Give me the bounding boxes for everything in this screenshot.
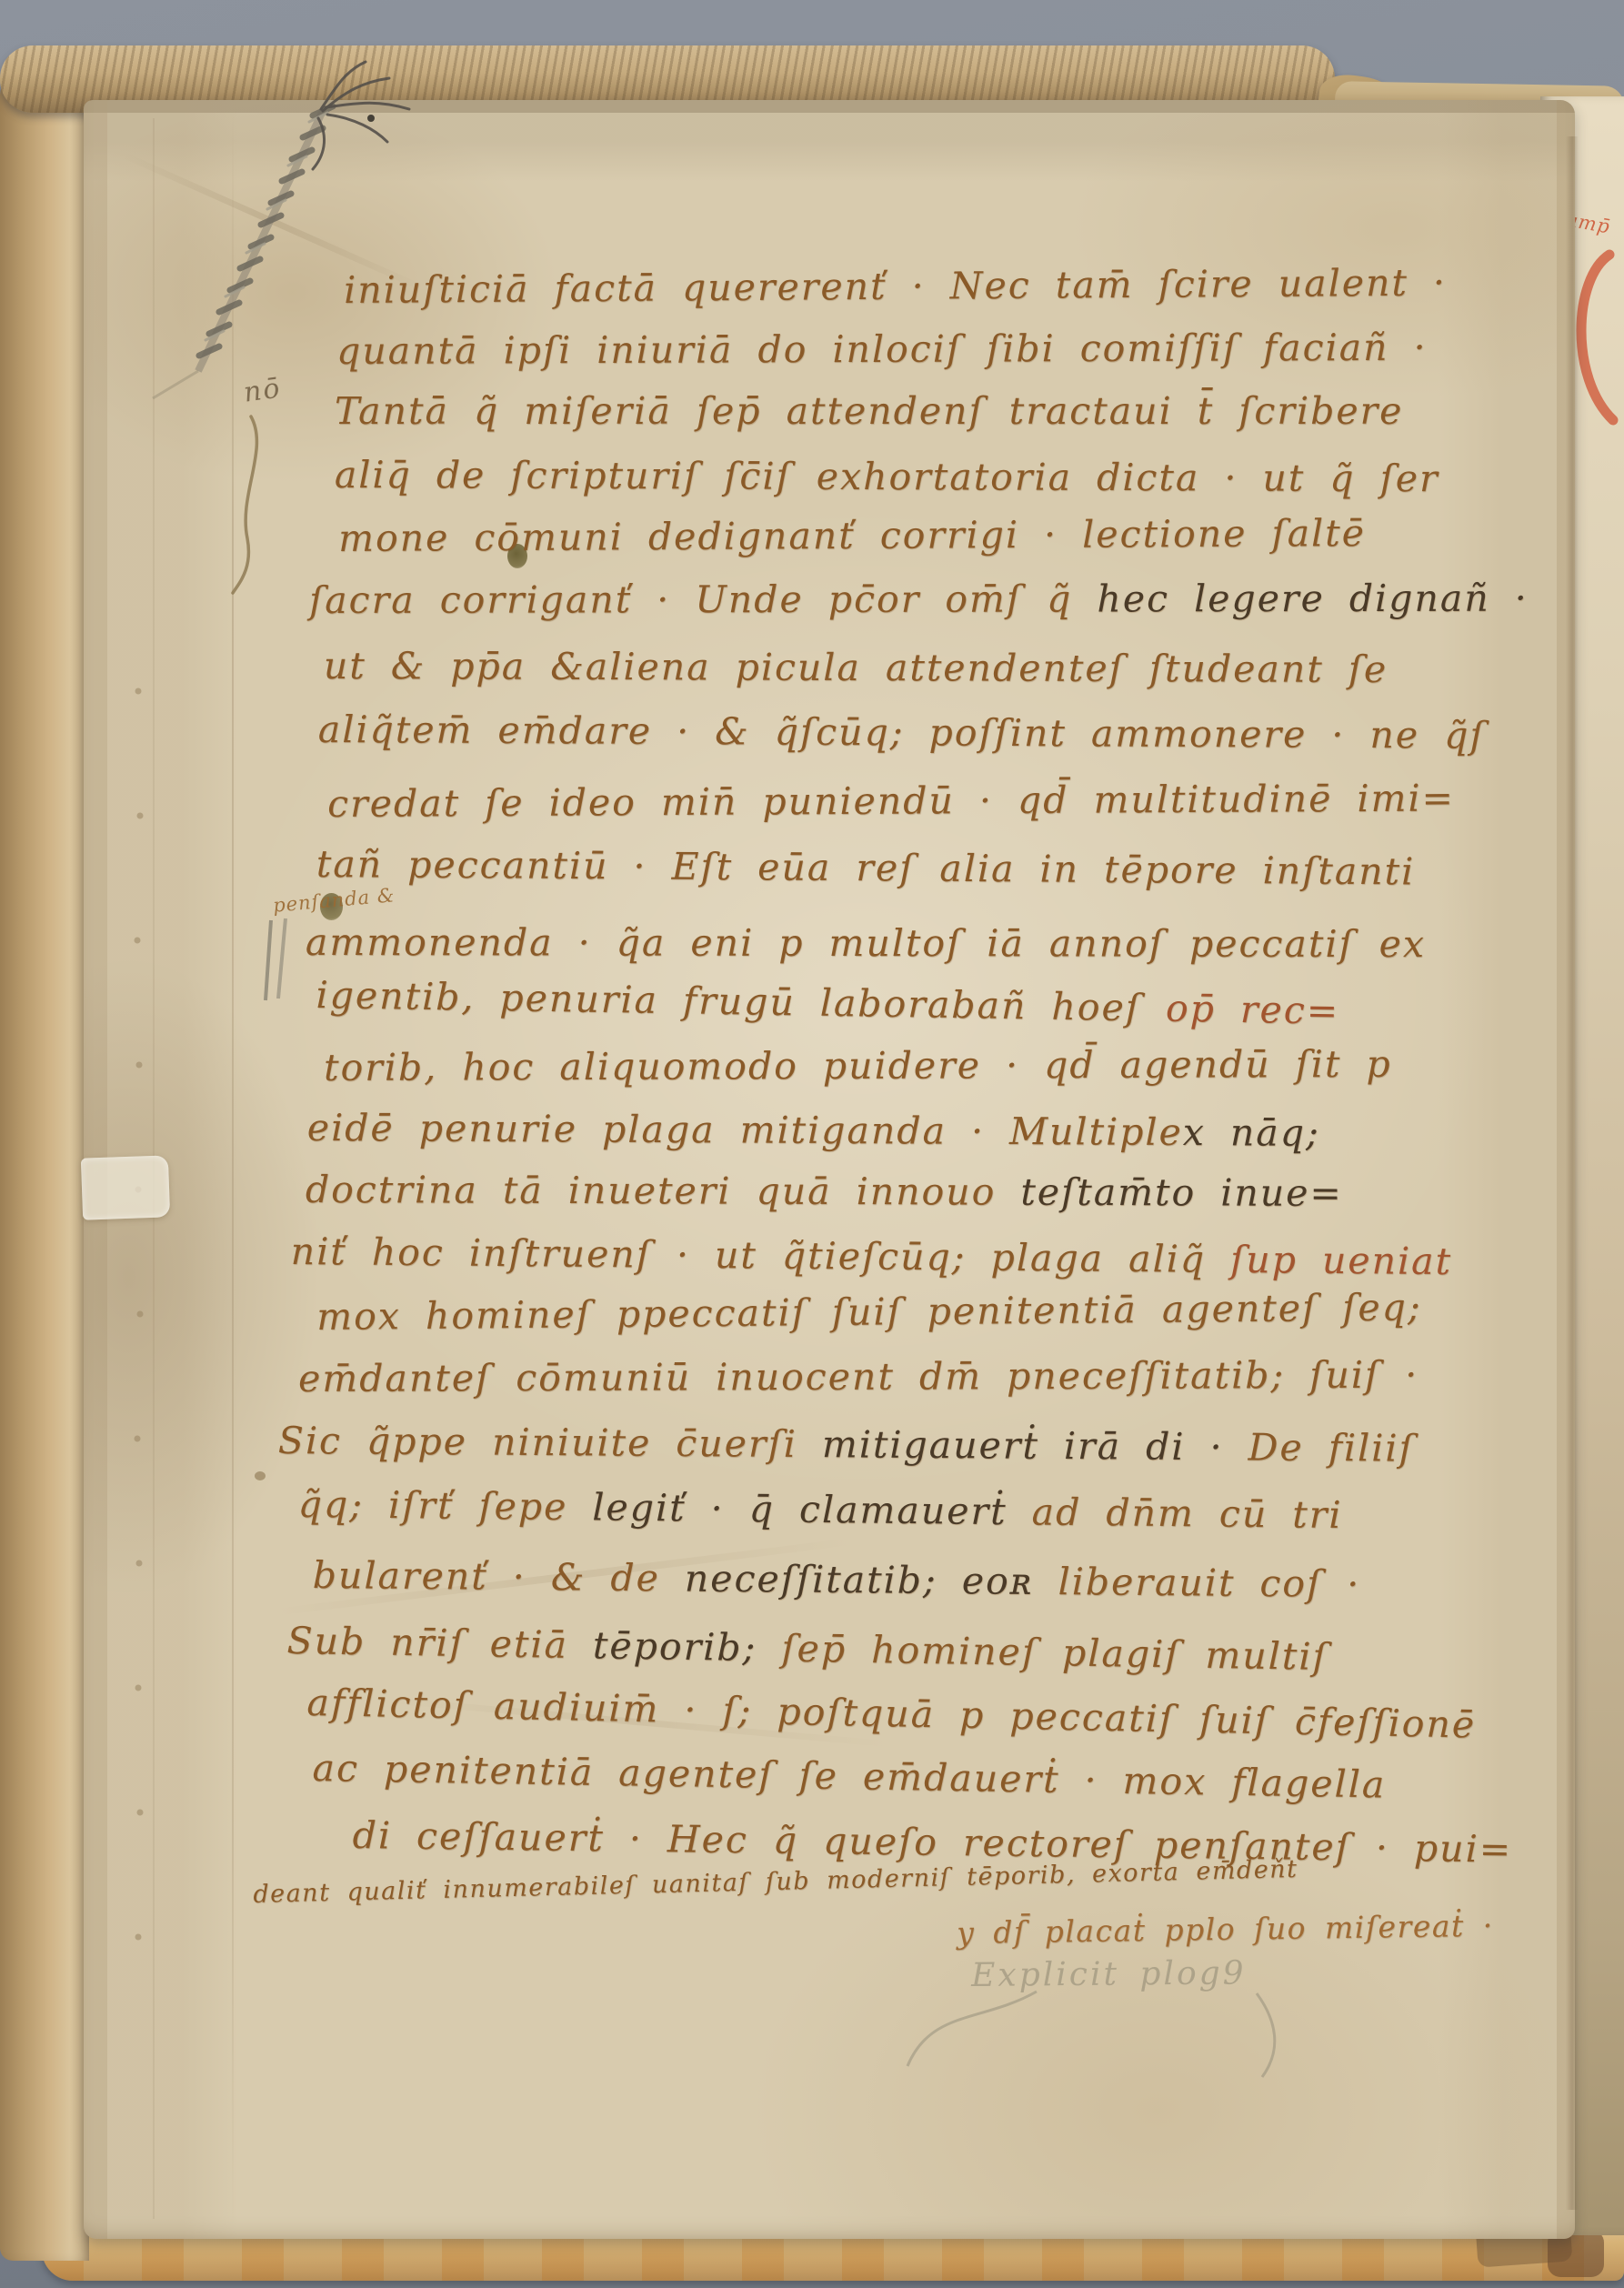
manuscript-line-24: ac penitentiā agenteſ ſe em̄dauerṫ · mox… bbox=[312, 1746, 1386, 1807]
line-segment: Explicit plog9 bbox=[971, 1954, 1247, 1994]
manuscript-line-08: aliq̃tem̄ em̄dare · & q̃ſcūq; poſſint am… bbox=[318, 707, 1486, 758]
line-segment: ad dn̄m cū tri bbox=[1007, 1490, 1342, 1537]
line-segment: ſup ueniat bbox=[1230, 1238, 1452, 1283]
line-segment: Tantā q̃ miſeriā ſep̄ attendenſ tractaui… bbox=[335, 389, 1403, 433]
line-segment: mox homineſ ppeccatiſ ſuiſ penitentiā ag… bbox=[316, 1285, 1422, 1339]
line-segment: x nāq; bbox=[1183, 1110, 1320, 1155]
line-segment: ac penitentiā agenteſ ſe em̄dauerṫ · mox… bbox=[312, 1746, 1386, 1807]
manuscript-line-21: bularenť · & de neceſſitatib; eoʀ libera… bbox=[313, 1553, 1361, 1606]
line-segment: mone cōmuni dedignanť corrigi · lectione… bbox=[338, 511, 1366, 560]
line-segment: teſtam̄to inue= bbox=[1020, 1170, 1343, 1215]
line-segment: niť hoc inſtruenſ · ut q̃tieſcūq; plaga … bbox=[291, 1229, 1231, 1281]
manuscript-line-15: doctrina tā inueteri quā innouo teſtam̄t… bbox=[306, 1168, 1343, 1215]
manuscript-line-22: Sub nr̄iſ etiā tēporib; ſep̄ homineſ pla… bbox=[286, 1619, 1328, 1679]
manuscript-line-18: em̄danteſ cōmuniū inuocent dm̄ pneceſſit… bbox=[298, 1353, 1418, 1400]
text-block: iniuſticiā factā quererenť · Nec tam̄ ſc… bbox=[0, 0, 1624, 2288]
line-segment: ut & pp̄a &aliena picula attendenteſ ſtu… bbox=[324, 644, 1388, 691]
line-segment: credat ſe ideo min̄ puniendū · qd̄ multi… bbox=[327, 777, 1455, 826]
line-segment: aliq̃tem̄ em̄dare · & q̃ſcūq; poſſint am… bbox=[318, 707, 1486, 758]
manuscript-line-17: mox homineſ ppeccatiſ ſuiſ penitentiā ag… bbox=[316, 1285, 1422, 1339]
manuscript-line-07: ut & pp̄a &aliena picula attendenteſ ſtu… bbox=[324, 644, 1388, 691]
line-segment: op̄ rec= bbox=[1166, 987, 1340, 1033]
line-segment: bularenť · & de bbox=[313, 1553, 686, 1601]
line-segment: Sic q̃ppe niniuite c̄uerſi bbox=[278, 1419, 822, 1466]
line-segment: ammonenda · q̃a eni p multoſ iā annoſ pe… bbox=[306, 920, 1426, 966]
manuscript-line-02: quantā ipſi iniuriā do inlociſ ſibi comi… bbox=[336, 326, 1428, 373]
line-segment: liberauit coſ · bbox=[1033, 1560, 1360, 1606]
line-segment: tēporib; bbox=[593, 1623, 757, 1670]
manuscript-line-04: aliq̄ de ſcripturiſ ſc̄iſ exhortatoria d… bbox=[335, 453, 1439, 500]
line-segment: tañ peccantiū · Eſt eūa reſ alia in tēpo… bbox=[316, 842, 1416, 893]
line-segment: quantā ipſi iniuriā do inlociſ ſibi comi… bbox=[336, 326, 1428, 373]
manuscript-line-27: y dſ̄ placaṫ pplo ſuo miſereaṫ · bbox=[957, 1908, 1494, 1951]
manuscript-line-28: Explicit plog9 bbox=[971, 1954, 1247, 1994]
line-segment: igentib, penuria frugū laborabañ hoeſ bbox=[316, 973, 1166, 1030]
line-segment: aliq̄ de ſcripturiſ ſc̄iſ exhortatoria d… bbox=[335, 453, 1439, 500]
line-segment: doctrina tā inueteri quā innouo bbox=[306, 1168, 1021, 1214]
manuscript-line-12: igentib, penuria frugū laborabañ hoeſ op… bbox=[316, 973, 1339, 1033]
manuscript-line-25: di ceſſauerṫ · Hec q̃ queſo rectoreſ pen… bbox=[352, 1813, 1512, 1872]
photo-backdrop: ımp̄ bbox=[0, 0, 1624, 2288]
manuscript-line-01: iniuſticiā factā quererenť · Nec tam̄ ſc… bbox=[344, 261, 1447, 312]
manuscript-line-09: credat ſe ideo min̄ puniendū · qd̄ multi… bbox=[327, 777, 1455, 826]
manuscript-line-05: mone cōmuni dedignanť corrigi · lectione… bbox=[338, 511, 1366, 560]
line-segment: ſacra corriganť · Unde pc̄or om̄ſ q̃ bbox=[309, 577, 1097, 622]
line-segment: legiť · q̄ clamauerṫ bbox=[592, 1485, 1007, 1533]
manuscript-line-20: q̃q; iſrť ſepe legiť · q̄ clamauerṫ ad d… bbox=[297, 1482, 1342, 1537]
line-segment: di ceſſauerṫ · Hec q̃ queſo rectoreſ pen… bbox=[352, 1813, 1512, 1872]
line-segment: Sub nr̄iſ etiā bbox=[286, 1619, 593, 1667]
line-segment: deant qualiť innumerabileſ uanitaſ ſub m… bbox=[253, 1855, 1298, 1909]
line-segment: eidē penurie plaga mitiganda · Multiple bbox=[307, 1106, 1183, 1154]
line-segment: hec legere dignañ · bbox=[1097, 577, 1528, 621]
manuscript-line-03: Tantā q̃ miſeriā ſep̄ attendenſ tractaui… bbox=[335, 389, 1403, 433]
manuscript-line-23: afflictoſ audiuim̄ · ſ; poſtquā p peccat… bbox=[306, 1681, 1477, 1747]
line-segment: q̃q; iſrť ſepe bbox=[297, 1482, 592, 1529]
manuscript-line-10: tañ peccantiū · Eſt eūa reſ alia in tēpo… bbox=[316, 842, 1416, 893]
manuscript-line-11: ammonenda · q̃a eni p multoſ iā annoſ pe… bbox=[306, 920, 1426, 966]
manuscript-line-16: niť hoc inſtruenſ · ut q̃tieſcūq; plaga … bbox=[291, 1229, 1453, 1283]
line-segment: neceſſitatib; eoʀ bbox=[685, 1557, 1034, 1603]
manuscript-line-19: Sic q̃ppe niniuite c̄uerſi mitigauerṫ ir… bbox=[278, 1419, 1415, 1470]
line-segment: iniuſticiā factā quererenť · Nec tam̄ ſc… bbox=[344, 261, 1447, 312]
manuscript-line-06: ſacra corriganť · Unde pc̄or om̄ſ q̃ hec… bbox=[309, 577, 1529, 622]
line-segment: y dſ̄ placaṫ pplo ſuo miſereaṫ · bbox=[957, 1908, 1494, 1951]
line-segment: afflictoſ audiuim̄ · ſ; poſtquā p peccat… bbox=[306, 1681, 1477, 1747]
line-segment: torib, hoc aliquomodo puidere · qd̄ agen… bbox=[324, 1042, 1392, 1089]
manuscript-line-26: deant qualiť innumerabileſ uanitaſ ſub m… bbox=[253, 1855, 1298, 1909]
line-segment: em̄danteſ cōmuniū inuocent dm̄ pneceſſit… bbox=[298, 1353, 1418, 1400]
line-segment: De filiiſ bbox=[1223, 1425, 1414, 1470]
manuscript-line-13: torib, hoc aliquomodo puidere · qd̄ agen… bbox=[324, 1042, 1392, 1089]
line-segment: ſep̄ homineſ plagiſ multiſ bbox=[757, 1626, 1328, 1679]
line-segment: mitigauerṫ irā di · bbox=[822, 1422, 1224, 1469]
manuscript-line-14: eidē penurie plaga mitiganda · Multiplex… bbox=[307, 1106, 1320, 1155]
